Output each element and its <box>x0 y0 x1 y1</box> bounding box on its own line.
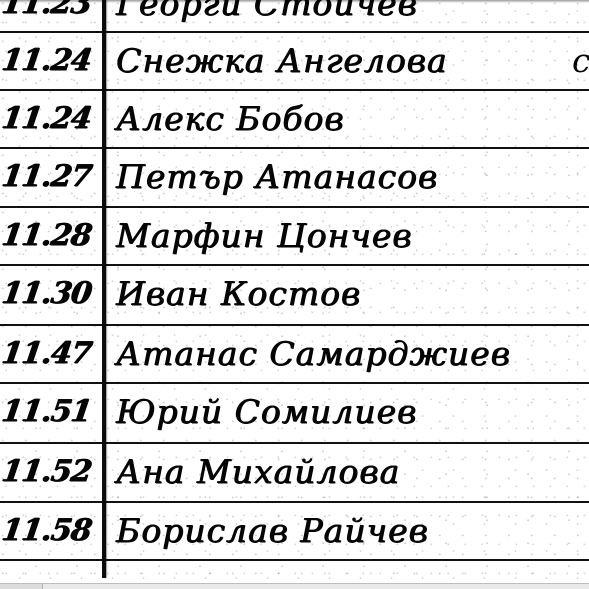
entry-name: Алекс Бобов <box>116 99 345 138</box>
entry-name: Иван Костов <box>116 274 361 313</box>
scrollbar-thumb[interactable] <box>0 584 43 589</box>
entry-name: Петър Атанасов <box>116 157 438 196</box>
entry-name: Георги Стоичев <box>116 0 418 23</box>
register-row: 11.24 Алекс Бобов <box>0 93 589 151</box>
entry-name: Снежка Ангелова <box>116 41 448 80</box>
register-row: 11.52 Ана Михайлова <box>0 446 589 504</box>
register-row: 11.30 Иван Костов <box>0 268 589 326</box>
entry-time: 11.28 <box>0 218 102 253</box>
entry-time: 11.24 <box>0 101 102 136</box>
entry-trailing-mark: с <box>572 41 589 80</box>
scanned-register-page: 11.23 Георги Стоичев 11.24 Снежка Ангело… <box>0 0 589 583</box>
entry-time: 11.52 <box>0 454 102 489</box>
horizontal-scrollbar[interactable] <box>0 583 589 589</box>
entry-name: Борислав Райчев <box>116 511 429 550</box>
register-row: 11.27 Петър Атанасов <box>0 151 589 209</box>
entry-name: Марфин Цончев <box>116 216 413 255</box>
entry-name: Атанас Самарджиев <box>116 334 511 373</box>
register-row: 11.24 Снежка Ангелова с <box>0 35 589 93</box>
entry-time: 11.47 <box>0 336 102 371</box>
entry-time: 11.58 <box>0 513 102 548</box>
register-row: 11.58 Борислав Райчев <box>0 505 589 563</box>
entry-time: 11.24 <box>0 43 102 78</box>
entry-time: 11.30 <box>0 276 102 311</box>
register-row: 11.23 Георги Стоичев <box>0 0 589 36</box>
entry-time: 11.23 <box>0 0 102 21</box>
register-row: 11.51 Юрий Сомилиев <box>0 386 589 444</box>
register-row: 11.47 Атанас Самарджиев <box>0 328 589 386</box>
entry-time: 11.27 <box>0 159 102 194</box>
register-row: 11.28 Марфин Цончев <box>0 210 589 268</box>
entry-time: 11.51 <box>0 394 102 429</box>
entry-name: Ана Михайлова <box>116 452 400 491</box>
entry-name: Юрий Сомилиев <box>116 392 417 431</box>
